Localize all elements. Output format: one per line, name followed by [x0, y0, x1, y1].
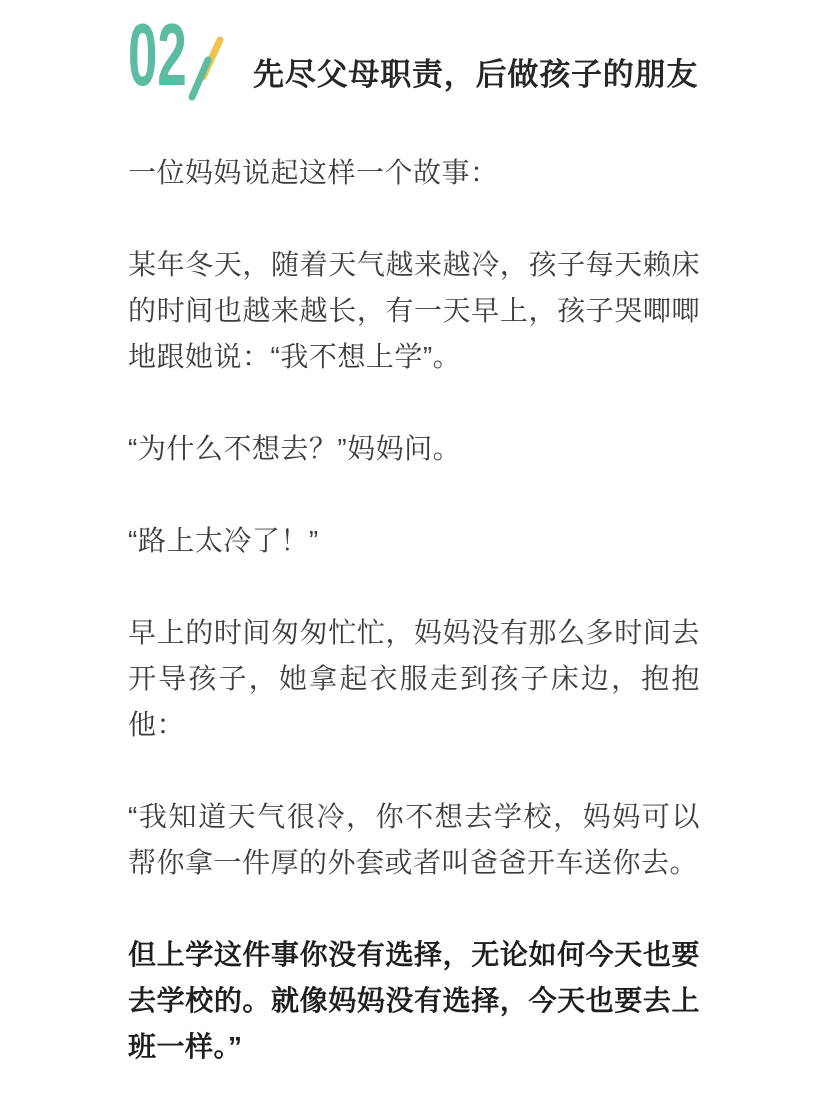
paragraph-mother-question: “为什么不想去？”妈妈问。: [128, 426, 700, 472]
section-header: 02 先尽父母职责，后做孩子的朋友: [128, 22, 700, 98]
article-page: 02 先尽父母职责，后做孩子的朋友 一位妈妈说起这样一个故事： 某年冬天，随着天…: [0, 0, 828, 1104]
paragraph-emphasis: 但上学这件事你没有选择，无论如何今天也要去学校的。就像妈妈没有选择，今天也要去上…: [128, 932, 700, 1070]
article-body: 一位妈妈说起这样一个故事： 某年冬天，随着天气越来越冷，孩子每天赖床的时间也越来…: [128, 150, 700, 1070]
double-slash-icon: [188, 34, 228, 104]
paragraph-morning-rush: 早上的时间匆匆忙忙，妈妈没有那么多时间去开导孩子，她拿起衣服走到孩子床边，抱抱他…: [128, 610, 700, 748]
section-title: 先尽父母职责，后做孩子的朋友: [253, 54, 698, 96]
paragraph-intro: 一位妈妈说起这样一个故事：: [128, 150, 700, 196]
section-number: 02: [128, 11, 187, 99]
paragraph-mother-offer: “我知道天气很冷，你不想去学校，妈妈可以帮你拿一件厚的外套或者叫爸爸开车送你去。: [128, 794, 700, 886]
paragraph-story-setup: 某年冬天，随着天气越来越冷，孩子每天赖床的时间也越来越长，有一天早上，孩子哭唧唧…: [128, 242, 700, 380]
paragraph-child-answer: “路上太冷了！”: [128, 518, 700, 564]
